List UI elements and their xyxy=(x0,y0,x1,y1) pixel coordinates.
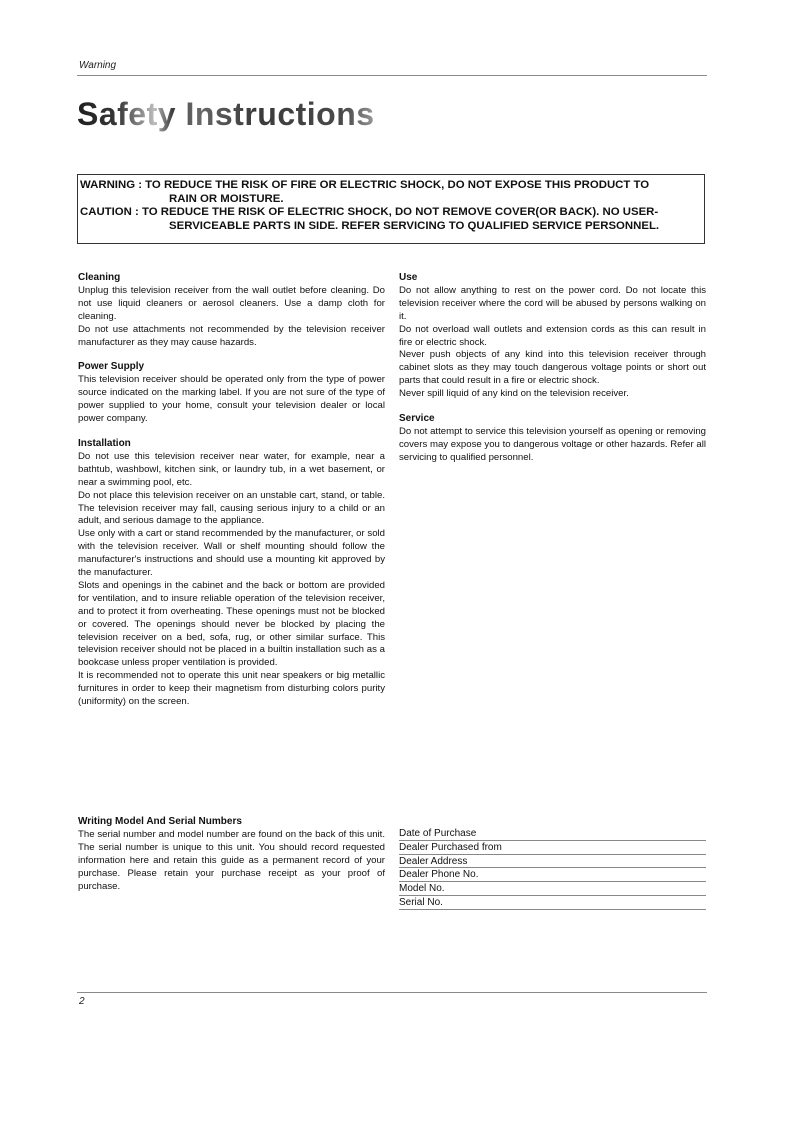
page-number: 2 xyxy=(79,996,85,1007)
field-date-of-purchase[interactable]: Date of Purchase xyxy=(399,827,706,841)
field-dealer-purchased-from[interactable]: Dealer Purchased from xyxy=(399,841,706,855)
field-dealer-phone[interactable]: Dealer Phone No. xyxy=(399,868,706,882)
field-dealer-address[interactable]: Dealer Address xyxy=(399,855,706,869)
paragraph: It is recommended not to operate this un… xyxy=(78,670,385,709)
purchase-record-form: Date of Purchase Dealer Purchased from D… xyxy=(399,827,706,910)
section-title: Writing Model And Serial Numbers xyxy=(78,816,385,829)
field-serial-no[interactable]: Serial No. xyxy=(399,896,706,910)
section-cleaning: Cleaning Unplug this television receiver… xyxy=(78,272,385,349)
footer-divider xyxy=(77,992,707,993)
header-divider xyxy=(77,75,707,76)
warning-line: WARNING : TO REDUCE THE RISK OF FIRE OR … xyxy=(80,179,704,193)
paragraph: This television receiver should be opera… xyxy=(78,374,385,426)
section-serial-numbers: Writing Model And Serial Numbers The ser… xyxy=(78,816,385,893)
section-title: Installation xyxy=(78,438,385,451)
paragraph: Do not place this television receiver on… xyxy=(78,490,385,529)
paragraph: Do not use attachments not recommended b… xyxy=(78,324,385,350)
paragraph: Use only with a cart or stand recommende… xyxy=(78,528,385,580)
section-service: Service Do not attempt to service this t… xyxy=(399,413,706,465)
paragraph: Do not use this television receiver near… xyxy=(78,451,385,490)
section-use: Use Do not allow anything to rest on the… xyxy=(399,272,706,401)
right-column: Use Do not allow anything to rest on the… xyxy=(399,272,706,465)
paragraph: Never push objects of any kind into this… xyxy=(399,349,706,388)
field-model-no[interactable]: Model No. xyxy=(399,882,706,896)
section-title: Power Supply xyxy=(78,361,385,374)
running-header: Warning xyxy=(79,60,116,71)
caution-line-continued: SERVICEABLE PARTS IN SIDE. REFER SERVICI… xyxy=(80,220,704,234)
paragraph: Never spill liquid of any kind on the te… xyxy=(399,388,706,401)
section-title: Service xyxy=(399,413,706,426)
paragraph: Do not overload wall outlets and extensi… xyxy=(399,324,706,350)
page-title: Safety Instructions xyxy=(77,96,375,133)
paragraph: Do not allow anything to rest on the pow… xyxy=(399,285,706,324)
paragraph: Do not attempt to service this televisio… xyxy=(399,426,706,465)
paragraph: Unplug this television receiver from the… xyxy=(78,285,385,324)
caution-line: CAUTION : TO REDUCE THE RISK OF ELECTRIC… xyxy=(80,206,704,220)
section-title: Use xyxy=(399,272,706,285)
section-power-supply: Power Supply This television receiver sh… xyxy=(78,361,385,426)
paragraph: Slots and openings in the cabinet and th… xyxy=(78,580,385,670)
section-installation: Installation Do not use this television … xyxy=(78,438,385,709)
section-title: Cleaning xyxy=(78,272,385,285)
warning-box: WARNING : TO REDUCE THE RISK OF FIRE OR … xyxy=(77,174,705,244)
paragraph: The serial number and model number are f… xyxy=(78,829,385,894)
left-column: Cleaning Unplug this television receiver… xyxy=(78,272,385,709)
warning-line-continued: RAIN OR MOISTURE. xyxy=(80,193,704,207)
